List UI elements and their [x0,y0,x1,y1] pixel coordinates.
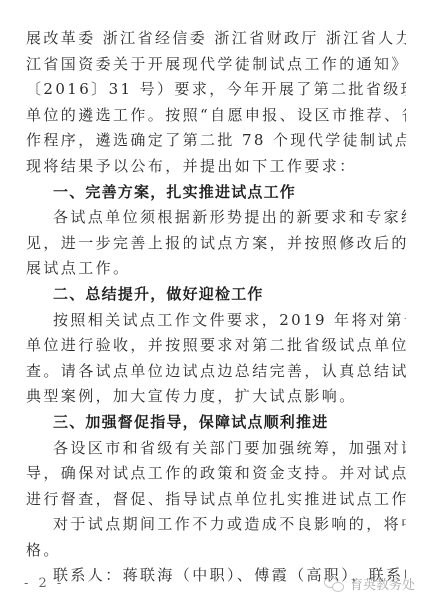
text-line: 单位的遴选工作。按照“自愿申报、设区市推荐、省级遴选”的工 [26,103,406,129]
text-line: 见，进一步完善上报的试点方案，并按照修改后的方案，及时开 [26,231,406,257]
text-line: 江省国资委关于开展现代学徒制试点工作的通知》（浙教职成 [26,52,406,78]
wechat-icon [324,577,344,591]
text-line: 单位进行验收，并按照要求对第二批省级试点单位开展年度检 [26,333,406,359]
watermark-text: 育英教务处 [350,574,415,593]
text-line: 进行督查，督促、指导试点单位扎实推进试点工作。 [26,487,406,513]
text-line: 〔2016〕31 号）要求，今年开展了第二批省级现代学徒制试点 [26,77,406,103]
text-line: 各试点单位须根据新形势提出的新要求和专家组提出的意 [26,205,406,231]
text-line: 典型案例，加大宣传力度，扩大试点影响。 [26,384,406,410]
text-line: 展试点工作。 [26,256,406,282]
page-number: - 2 - [24,576,64,591]
section-heading: 一、完善方案，扎实推进试点工作 [26,180,406,206]
section-heading: 三、加强督促指导，保障试点顺利推进 [26,410,406,436]
text-line: 格。 [26,538,406,564]
text-line: 对于试点期间工作不力或造成不良影响的，将中止其试点资 [26,512,406,538]
section-heading: 二、总结提升，做好迎检工作 [26,282,406,308]
text-line: 各设区市和省级有关部门要加强统筹，加强对试点工作的领 [26,436,406,462]
text-line: 展改革委 浙江省经信委 浙江省财政厅 浙江省人力社保厅 浙 [26,26,406,52]
text-line: 按照相关试点工作文件要求，2019 年将对第一批省级试点 [26,308,406,334]
text-line: 导，确保对试点工作的政策和资金支持。并对试点工作进展情况 [26,461,406,487]
watermark: 育英教务处 [324,574,415,593]
text-line: 现将结果予以公布，并提出如下工作要求： [26,154,406,180]
document-page: 展改革委 浙江省经信委 浙江省财政厅 浙江省人力社保厅 浙江省国资委关于开展现代… [26,26,406,589]
text-line: 查。请各试点单位边试点边总结完善，认真总结试点工作经验和 [26,359,406,385]
text-line: 作程序，遴选确定了第二批 78 个现代学徒制试点单位（见附件）， [26,128,406,154]
